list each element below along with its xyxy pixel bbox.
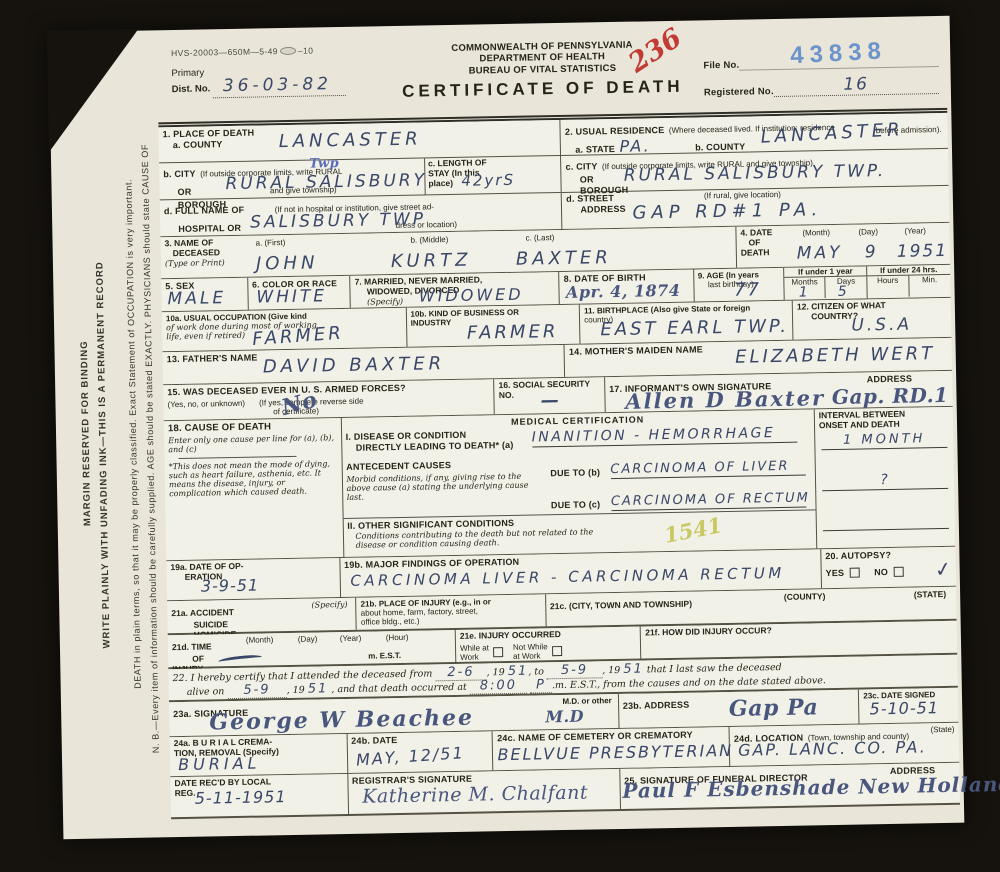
institution-value: SALISBURY TWP [250, 211, 426, 231]
not-while-at-work-checkbox [552, 646, 562, 656]
field-kind-of-business: 10b. KIND OF BUSINESS OR INDUSTRY FARMER [406, 305, 580, 347]
informant-address-value: Gap. RD.1 [832, 385, 949, 407]
page-title: CERTIFICATE OF DEATH [378, 76, 708, 102]
birthplace-value: EAST EARL TWP. [600, 318, 789, 339]
field-interval-onset-death: INTERVAL BETWEEN ONSET AND DEATH 1 MONTH… [815, 407, 956, 549]
cemetery-value: BELLVUE PRESBYTERIAN [497, 743, 733, 763]
seal-icon [280, 47, 296, 55]
field-burial-cremation: 24a. B U R I A L CREMA- TION, REMOVAL (S… [170, 734, 348, 776]
field-funeral-director: 25. SIGNATURE OF FUNERAL DIRECTOR ADDRES… [620, 763, 960, 809]
registrar-signature-value: Katherine M. Chalfant [362, 784, 588, 807]
burial-date-value: MAY, 12/51 [355, 745, 465, 769]
name-first-value: JOHN [256, 254, 319, 273]
age-days-value: 5 [838, 285, 849, 299]
township-annotation: Twp [309, 157, 339, 171]
field-informant-signature: 17. INFORMANT'S OWN SIGNATURE ADDRESS Al… [605, 371, 953, 412]
street-address-value: GAP RD#1 PA. [632, 201, 822, 222]
operation-date-value: 3-9-51 [201, 578, 260, 595]
date-received-value: 5-11-1951 [195, 789, 287, 807]
cause-c-value: CARCINOMA OF RECTUM [611, 492, 806, 512]
file-registered-block: File No. 43838 Registered No. 16 [703, 38, 939, 98]
field-usual-occupation: 10a. USUAL OCCUPATION (Give kind of work… [162, 308, 407, 351]
certificate-form: HVS-20003—650M—5-49–10 Primary Dist. No.… [157, 28, 960, 824]
field-physician-address: 23b. ADDRESS Gap Pa [619, 690, 860, 728]
place-city-value: RURAL SALISBURY [225, 172, 427, 193]
field-date-of-death: 4. DATE OF DEATH (Month) (Day) (Year) MA… [736, 223, 950, 268]
fathers-name-value: DAVID BAXTER [263, 355, 446, 376]
residence-city-value: RURAL SALISBURY TWP. [624, 163, 887, 185]
field-injury-location: 21c. (CITY, TOWN AND TOWNSHIP) (COUNTY) … [546, 587, 957, 627]
residence-state-value: PA. [619, 136, 651, 156]
autopsy-yes-checkbox [850, 568, 860, 578]
last-seen-alive-value: 5-9 [227, 682, 287, 699]
field-medical-certification: MEDICAL CERTIFICATION I. DISEASE OR COND… [341, 409, 817, 557]
field-marital-status: 7. MARRIED, NEVER MARRIED, WIDOWED, DIVO… [351, 272, 561, 308]
age-value: 77 [734, 281, 761, 299]
margin-note-permanent-record: WRITE PLAINLY WITH UNFADING INK—THIS IS … [93, 195, 114, 715]
citizenship-value: U.S.A [851, 317, 912, 335]
primary-dist-value: 36-03-82 [213, 74, 347, 98]
physician-signature-value: George W Beachee [209, 707, 474, 734]
field-time-of-injury: 21d. TIME (Month) (Day) (Year) (Hour) OF… [168, 630, 457, 667]
name-last-value: BAXTER [516, 249, 612, 269]
field-place-of-death: 1. PLACE OF DEATH a. COUNTY LANCASTER b.… [158, 120, 562, 236]
field-date-of-birth: 8. DATE OF BIRTH Apr. 4, 1874 [560, 270, 695, 304]
field-how-injury-occurred: 21f. HOW DID INJURY OCCUR? [641, 621, 957, 659]
physician-degree-value: M.D [545, 709, 584, 726]
field-autopsy: 20. AUTOPSY? YES NO ✓ [821, 547, 956, 588]
field-date-received: DATE REC'D BY LOCAL REG. 5-11-1951 [170, 774, 348, 817]
informant-signature-value: Allen D Baxter [625, 387, 825, 412]
interval-b-value: ? [880, 472, 890, 488]
autopsy-no-checkmark: ✓ [933, 558, 955, 581]
death-day-value: 9 [865, 244, 878, 261]
file-number-stamp: 43838 [790, 37, 888, 70]
physician-address-value: Gap Pa [729, 696, 819, 720]
scanned-certificate: MARGIN RESERVED FOR BINDING WRITE PLAINL… [49, 16, 965, 839]
field-citizen-of: 12. CITIZEN OF WHAT COUNTRY? U.S.A [793, 298, 951, 340]
place-county-value: LANCASTER [279, 131, 422, 152]
field-date-signed: 23c. DATE SIGNED 5-10-51 [859, 688, 958, 724]
occupation-value: FARMER [252, 325, 345, 349]
yellow-code-annotation: 1541 [662, 512, 724, 548]
funeral-director-signature-value: Paul F Esbenshade New Holland Pa. [622, 773, 1000, 801]
field-registrar-signature: REGISTRAR'S SIGNATURE Katherine M. Chalf… [348, 769, 621, 814]
field-cemetery-name: 24c. NAME OF CEMETERY OR CREMATORY BELLV… [493, 727, 730, 770]
death-am-pm-value: P [530, 677, 552, 693]
name-middle-value: KURTZ [391, 252, 472, 271]
field-cemetery-location: 24d. LOCATION (Town, township and county… [730, 723, 959, 766]
form-header: HVS-20003—650M—5-49–10 Primary Dist. No.… [157, 28, 947, 122]
field-age-under-1-year: If under 1 year Months 1 Days 5 [784, 266, 867, 300]
age-months-value: 1 [799, 285, 810, 299]
business-value: FARMER [467, 323, 559, 343]
field-injury-occurred: 21e. INJURY OCCURRED While at Work Not W… [456, 627, 642, 662]
birth-date-value: Apr. 4, 1874 [566, 283, 681, 301]
autopsy-no-checkbox [894, 567, 904, 577]
field-burial-date: 24b. DATE MAY, 12/51 [347, 731, 494, 773]
cause-b-value: CARCINOMA OF LIVER [610, 460, 805, 480]
field-cause-of-death-notes: 18. CAUSE OF DEATH Enter only one cause … [164, 418, 344, 560]
while-at-work-checkbox [493, 647, 503, 657]
marital-status-value: WIDOWED [419, 287, 524, 305]
field-sex: 5. SEX MALE [161, 278, 248, 312]
cause-a-value: INANITION - HEMORRHAGE [532, 426, 797, 448]
length-of-stay-value: 42yrS [461, 173, 515, 189]
field-usual-residence: 2. USUAL RESIDENCE (Where deceased lived… [561, 113, 950, 229]
field-armed-forces: 15. WAS DECEASED EVER IN U. S. ARMED FOR… [163, 379, 495, 420]
field-accident-suicide-homicide: 21a. ACCIDENT (Specify) SUICIDE HOMICIDE [167, 598, 357, 633]
interval-a-value: 1 MONTH [843, 431, 926, 448]
field-age: 9. AGE (In years last birthday) 77 [694, 268, 785, 302]
margin-note-binding: MARGIN RESERVED FOR BINDING [78, 313, 93, 553]
death-time-value: 8:00 [470, 678, 527, 695]
field-color-or-race: 6. COLOR OR RACE WHITE [248, 276, 351, 310]
sex-value: MALE [167, 290, 226, 308]
death-month-value: MAY [797, 245, 843, 263]
mothers-name-value: ELIZABETH WERT [735, 345, 935, 367]
burial-value: BURIAL [178, 756, 261, 774]
date-signed-value: 5-10-51 [869, 700, 939, 717]
ssn-value: — [541, 392, 561, 410]
death-year-value: 1951 [897, 243, 949, 261]
field-age-under-24-hrs: If under 24 hrs. Hours Min. [867, 265, 950, 299]
field-place-of-injury: 21b. PLACE OF INJURY (e.g., in or about … [356, 594, 546, 629]
form-number: HVS-20003—650M—5-49–10 [171, 45, 313, 58]
race-value: WHITE [256, 288, 327, 306]
field-social-security-no: 16. SOCIAL SECURITY NO. — [494, 377, 605, 414]
registered-number-value: 16 [843, 74, 869, 94]
cemetery-location-value: GAP. LANC. CO. PA. [738, 739, 927, 758]
field-date-of-operation: 19a. DATE OF OP- ERATION 3-9-51 [166, 558, 340, 600]
field-birthplace: 11. BIRTHPLACE (Also give State or forei… [580, 301, 794, 344]
primary-dist-no: Primary Dist. No. 36-03-82 [171, 65, 346, 96]
